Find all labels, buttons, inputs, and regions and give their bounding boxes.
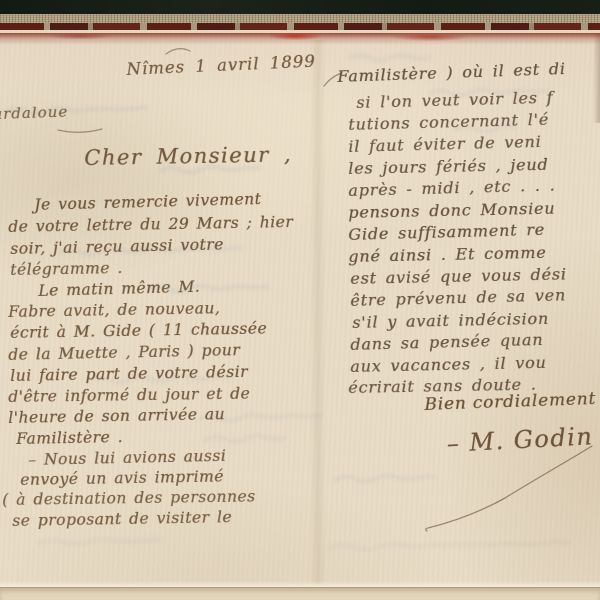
handwriting-line: lui faire part de votre désir xyxy=(10,363,248,385)
handwriting-line: d'être informé du jour et de xyxy=(8,385,250,406)
handwriting-line: si l'on veut voir les f xyxy=(356,88,553,112)
handwriting-line: Je vous remercie vivement xyxy=(34,190,261,214)
handwriting-line: télégramme . xyxy=(10,259,123,279)
handwriting-line: Familistère ) où il est di xyxy=(337,59,566,86)
address-fragment: Bourdaloue xyxy=(0,103,68,124)
handwriting-line: Le matin même M. xyxy=(38,278,200,300)
handwriting-line: les jours fériés , jeud xyxy=(348,155,549,178)
handwriting-line: – Nous lui avions aussi xyxy=(28,447,226,469)
handwriting-line: est avisé que vous dési xyxy=(350,264,567,288)
letter-photo: Nîmes 1 avril 1899 Bourdaloue Cher Monsi… xyxy=(0,0,600,600)
handwriting-line: l'heure de son arrivée au xyxy=(8,405,225,427)
red-edge-smudge xyxy=(0,33,600,46)
handwriting-line: tutions concernant l'é xyxy=(348,110,549,134)
handwriting-line: après - midi , etc . . . xyxy=(348,176,556,200)
handwriting-line: il faut éviter de veni xyxy=(348,132,542,156)
handwriting-line: pensons donc Monsieu xyxy=(348,199,555,222)
handwriting-line: se proposant de visiter le xyxy=(12,508,232,530)
handwriting-line: soir, j'ai reçu aussi votre xyxy=(10,236,224,258)
handwriting-line: de votre lettre du 29 Mars ; hier xyxy=(8,213,293,236)
letter-dateline: Nîmes 1 avril 1899 xyxy=(126,52,316,79)
handwriting-line: gné ainsi . Et comme xyxy=(348,243,547,266)
handwriting-line: s'il y avait indécision xyxy=(352,309,549,332)
letter-salutation: Cher Monsieur , xyxy=(84,142,292,170)
handwriting-line: Familistère . xyxy=(16,428,123,448)
handwriting-line: Fabre avait, de nouveau, xyxy=(8,299,220,321)
handwriting-layer: Nîmes 1 avril 1899 Bourdaloue Cher Monsi… xyxy=(0,0,600,600)
handwriting-line: Gide suffisamment re xyxy=(348,220,545,244)
handwriting-line: être prévenu de sa ven xyxy=(350,285,566,310)
handwriting-line: de la Muette , Paris ) pour xyxy=(8,341,240,364)
handwriting-line: dans sa pensée quan xyxy=(350,330,543,354)
handwriting-line: aux vacances , il vou xyxy=(350,353,547,376)
handwriting-line: envoyé un avis imprimé xyxy=(20,467,224,489)
handwriting-line: écrit à M. Gide ( 11 chaussée xyxy=(10,320,267,342)
handwriting-line: ( à destination des personnes xyxy=(2,487,256,509)
letter-signature: – M. Godin xyxy=(446,422,594,458)
